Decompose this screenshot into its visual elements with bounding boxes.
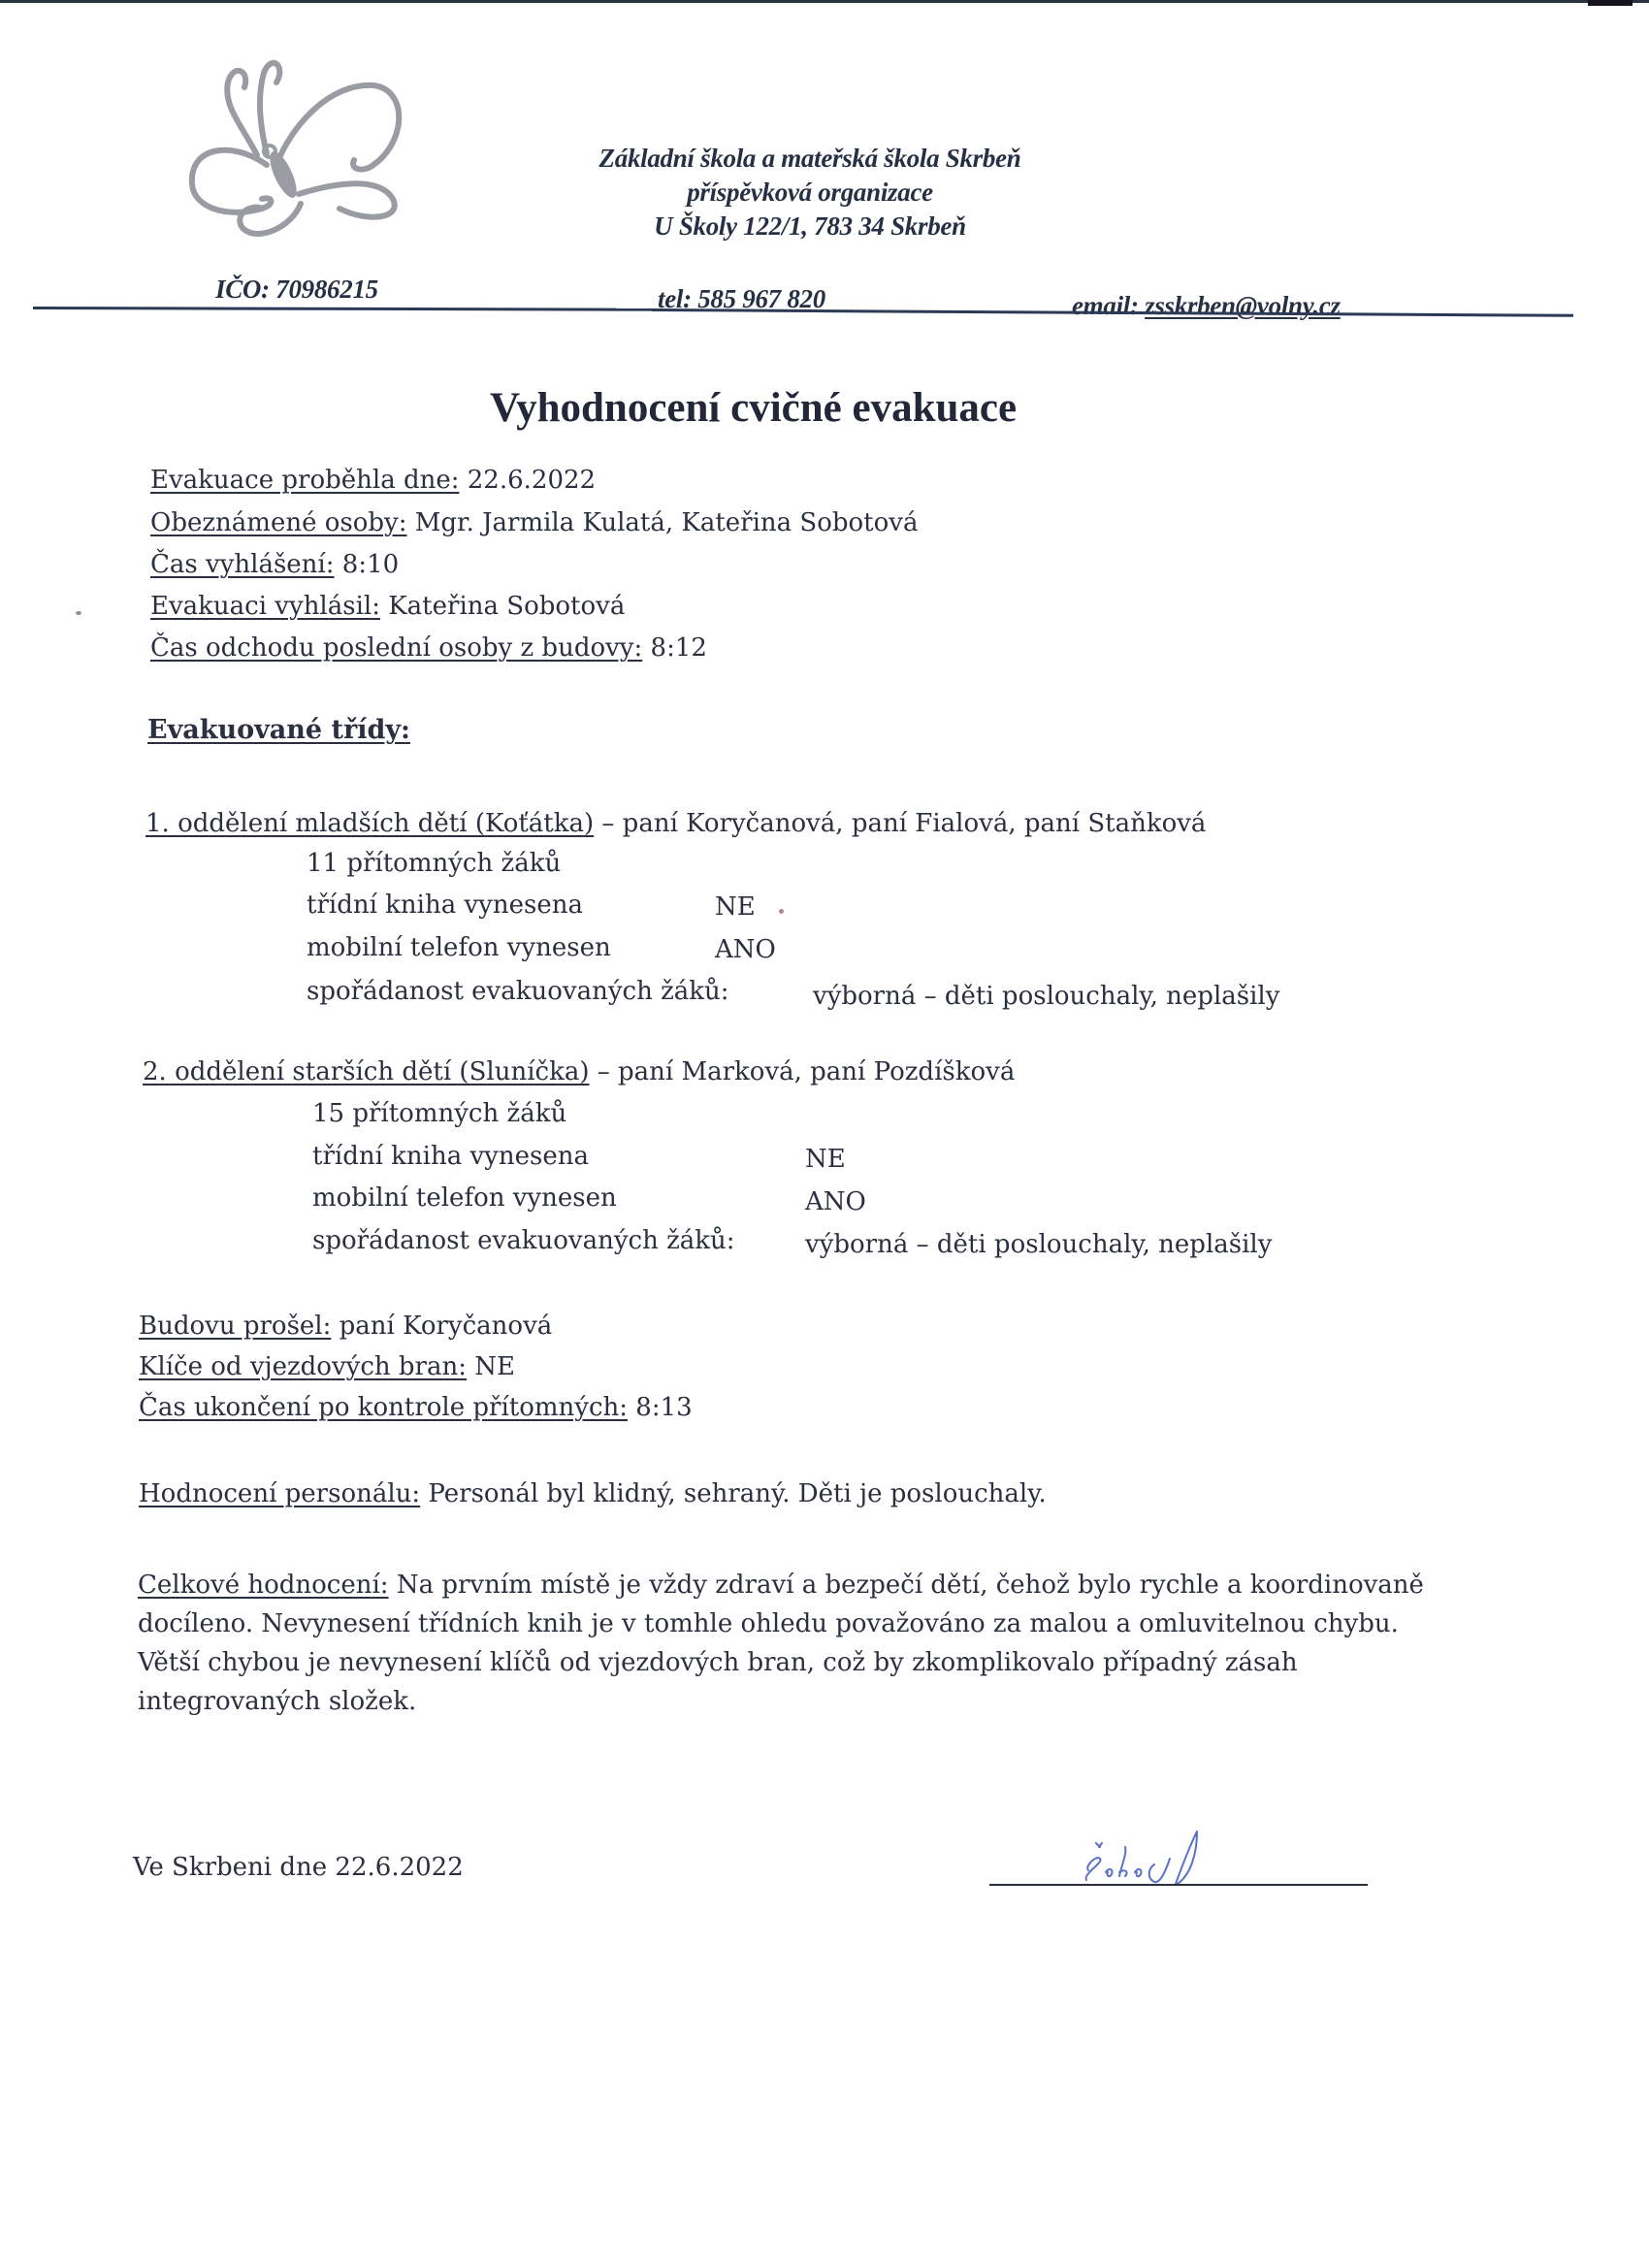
organization-type: příspěvková organizace	[519, 178, 1101, 208]
info-label: Evakuaci vyhlásil:	[150, 592, 380, 621]
overall-evaluation: Celkové hodnocení: Na prvním místě je vž…	[138, 1566, 1428, 1721]
class-teachers: – paní Koryčanová, paní Fialová, paní St…	[594, 809, 1206, 838]
check-label: Klíče od vjezdových bran:	[139, 1352, 467, 1381]
check-value: paní Koryčanová	[331, 1312, 552, 1341]
class-1-heading: 1. oddělení mladších dětí (Koťátka) – pa…	[145, 809, 1206, 838]
class-1-register-value: NE	[715, 892, 756, 922]
info-last-person-exit: Čas odchodu poslední osoby z budovy: 8:1…	[150, 633, 707, 663]
signature-line	[989, 1884, 1368, 1886]
info-label: Čas odchodu poslední osoby z budovy:	[150, 633, 642, 663]
place-and-date: Ve Skrbeni dne 22.6.2022	[133, 1853, 464, 1882]
info-label: Obeznámené osoby:	[150, 508, 406, 537]
check-label: Budovu prošel:	[139, 1312, 331, 1341]
class-1-phone-label: mobilní telefon vynesen	[307, 933, 611, 962]
staff-eval-value: Personál byl klidný, sehraný. Děti je po…	[420, 1479, 1047, 1508]
class-2-order-label: spořádanost evakuovaných žáků:	[312, 1226, 735, 1255]
check-value: NE	[467, 1352, 515, 1381]
info-evacuation-date: Evakuace proběhla dne: 22.6.2022	[150, 466, 596, 495]
email-line: email: zsskrben@volny.cz	[1072, 291, 1341, 321]
info-announced-by: Evakuaci vyhlásil: Kateřina Sobotová	[150, 592, 625, 621]
ico-number: IČO: 70986215	[215, 275, 378, 305]
check-gate-keys: Klíče od vjezdových bran: NE	[139, 1352, 515, 1381]
class-name: 1. oddělení mladších dětí (Koťátka)	[145, 809, 594, 838]
class-2-phone-label: mobilní telefon vynesen	[312, 1183, 617, 1213]
scan-corner-mark	[1588, 0, 1633, 6]
info-announcement-time: Čas vyhlášení: 8:10	[150, 550, 399, 579]
info-value: 22.6.2022	[460, 466, 597, 495]
check-end-time: Čas ukončení po kontrole přítomných: 8:1…	[139, 1393, 693, 1422]
class-name: 2. oddělení starších dětí (Sluníčka)	[143, 1057, 589, 1086]
document-title: Vyhodnocení cvičné evakuace	[490, 384, 1017, 432]
check-label: Čas ukončení po kontrole přítomných:	[139, 1393, 628, 1422]
class-1-phone-value: ANO	[715, 935, 776, 964]
class-1-order-label: spořádanost evakuovaných žáků:	[307, 977, 729, 1006]
staff-eval-label: Hodnocení personálu:	[139, 1479, 420, 1508]
classes-heading: Evakuované třídy:	[147, 715, 410, 745]
overall-eval-label: Celkové hodnocení:	[138, 1571, 389, 1600]
info-informed-persons: Obeznámené osoby: Mgr. Jarmila Kulatá, K…	[150, 508, 918, 537]
staff-evaluation: Hodnocení personálu: Personál byl klidný…	[139, 1479, 1047, 1508]
email-label: email:	[1072, 291, 1145, 320]
class-2-register-value: NE	[805, 1145, 846, 1174]
check-value: 8:13	[628, 1393, 693, 1422]
class-1-order-value: výborná – děti poslouchaly, neplašily	[813, 982, 1279, 1011]
letterhead-rule-left	[33, 307, 654, 311]
email-link[interactable]: zsskrben@volny.cz	[1145, 291, 1341, 320]
class-1-present: 11 přítomných žáků	[307, 849, 561, 878]
school-name: Základní škola a mateřská škola Skrbeň	[519, 144, 1101, 174]
scan-top-edge	[0, 0, 1649, 3]
class-2-register-label: třídní kniha vynesena	[312, 1142, 589, 1171]
class-2-present: 15 přítomných žáků	[312, 1099, 566, 1128]
check-building-walkthrough: Budovu prošel: paní Koryčanová	[139, 1312, 552, 1341]
info-value: Mgr. Jarmila Kulatá, Kateřina Sobotová	[406, 508, 918, 537]
handwritten-signature-icon	[1077, 1824, 1271, 1892]
class-2-heading: 2. oddělení starších dětí (Sluníčka) – p…	[143, 1057, 1015, 1086]
scan-speck	[76, 611, 81, 615]
info-label: Evakuace proběhla dne:	[150, 466, 460, 495]
butterfly-logo-icon	[184, 49, 427, 243]
info-value: 8:12	[642, 633, 707, 663]
class-2-order-value: výborná – děti poslouchaly, neplašily	[805, 1230, 1272, 1259]
scan-speck	[779, 909, 784, 914]
class-2-phone-value: ANO	[805, 1187, 866, 1216]
class-teachers: – paní Marková, paní Pozdíšková	[589, 1057, 1015, 1086]
info-label: Čas vyhlášení:	[150, 550, 335, 579]
info-value: 8:10	[335, 550, 400, 579]
school-address: U Školy 122/1, 783 34 Skrbeň	[519, 211, 1101, 242]
class-1-register-label: třídní kniha vynesena	[307, 891, 583, 920]
info-value: Kateřina Sobotová	[380, 592, 625, 621]
